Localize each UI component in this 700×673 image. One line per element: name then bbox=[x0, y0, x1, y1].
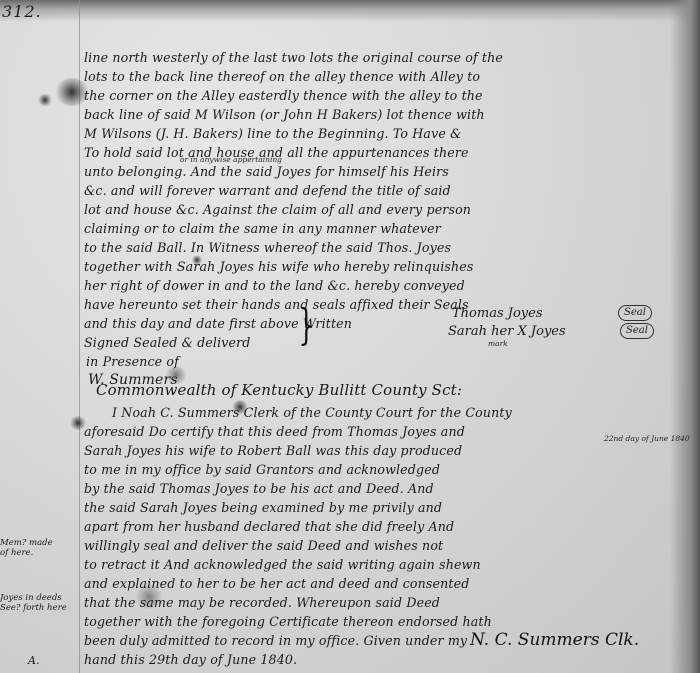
certificate-line: together with the foregoing Certificate … bbox=[84, 614, 492, 629]
certificate-line: hand this 29th day of June 1840. bbox=[84, 652, 297, 667]
signature-thomas-joyes: Thomas Joyes bbox=[452, 306, 543, 321]
interlineation: or in anywise appertaining bbox=[180, 155, 282, 164]
deed-line: together with Sarah Joyes his wife who h… bbox=[84, 259, 473, 274]
margin-note: Mem? made of here. bbox=[0, 538, 53, 558]
scan-edge-shadow-right bbox=[670, 0, 700, 673]
deed-line: unto belonging. And the said Joyes for h… bbox=[84, 164, 449, 179]
certificate-line: the said Sarah Joyes being examined by m… bbox=[84, 500, 442, 515]
signature-mark-label: mark bbox=[488, 339, 508, 348]
certificate-line: to retract it And acknowledged the said … bbox=[84, 557, 481, 572]
deed-page: 312. line north westerly of the last two… bbox=[0, 0, 700, 673]
certificate-line: I Noah C. Summers Clerk of the County Co… bbox=[112, 405, 512, 420]
deed-line: have hereunto set their hands and seals … bbox=[84, 297, 469, 312]
ink-blot bbox=[38, 94, 52, 106]
certificate-heading: Commonwealth of Kentucky Bullitt County … bbox=[96, 381, 462, 399]
page-number: 312. bbox=[2, 2, 42, 21]
certificate-line: Sarah Joyes his wife to Robert Ball was … bbox=[84, 443, 462, 458]
certificate-line: by the said Thomas Joyes to be his act a… bbox=[84, 481, 434, 496]
seal-sarah-joyes: Seal bbox=[620, 323, 654, 339]
margin-note: A. bbox=[28, 656, 39, 666]
certificate-line: apart from her husband declared that she… bbox=[84, 519, 454, 534]
seal-thomas-joyes: Seal bbox=[618, 305, 652, 321]
attestation-line: Signed Sealed & deliverd bbox=[84, 335, 251, 350]
deed-line: M Wilsons (J. H. Bakers) line to the Beg… bbox=[84, 126, 461, 141]
deed-line: claiming or to claim the same in any man… bbox=[84, 221, 441, 236]
deed-line: lots to the back line thereof on the all… bbox=[84, 69, 480, 84]
attestation-line: in Presence of bbox=[86, 354, 179, 369]
deed-line: to the said Ball. In Witness whereof the… bbox=[84, 240, 451, 255]
certificate-line: been duly admitted to record in my offic… bbox=[84, 633, 467, 648]
certificate-line: that the same may be recorded. Whereupon… bbox=[84, 595, 440, 610]
attestation-brace: } bbox=[298, 300, 314, 349]
clerk-signature: N. C. Summers Clk. bbox=[470, 630, 639, 650]
deed-line: the corner on the Alley easterdly thence… bbox=[84, 88, 483, 103]
deed-line: &c. and will forever warrant and defend … bbox=[84, 183, 451, 198]
deed-line: her right of dower in and to the land &c… bbox=[84, 278, 465, 293]
certificate-line: willingly seal and deliver the said Deed… bbox=[84, 538, 443, 553]
deed-line: back line of said M Wilson (or John H Ba… bbox=[84, 107, 485, 122]
certificate-line: aforesaid Do certify that this deed from… bbox=[84, 424, 465, 439]
scan-edge-shadow-top bbox=[0, 0, 700, 22]
deed-line: line north westerly of the last two lots… bbox=[84, 50, 503, 65]
signature-sarah-joyes: Sarah her X Joyes bbox=[448, 324, 566, 339]
deed-line: lot and house &c. Against the claim of a… bbox=[84, 202, 471, 217]
interlineation: 22nd day of June 1840 bbox=[604, 434, 690, 443]
certificate-line: and explained to her to be her act and d… bbox=[84, 576, 469, 591]
margin-note: Joyes in deeds See? forth here bbox=[0, 593, 67, 613]
certificate-line: to me in my office by said Grantors and … bbox=[84, 462, 440, 477]
